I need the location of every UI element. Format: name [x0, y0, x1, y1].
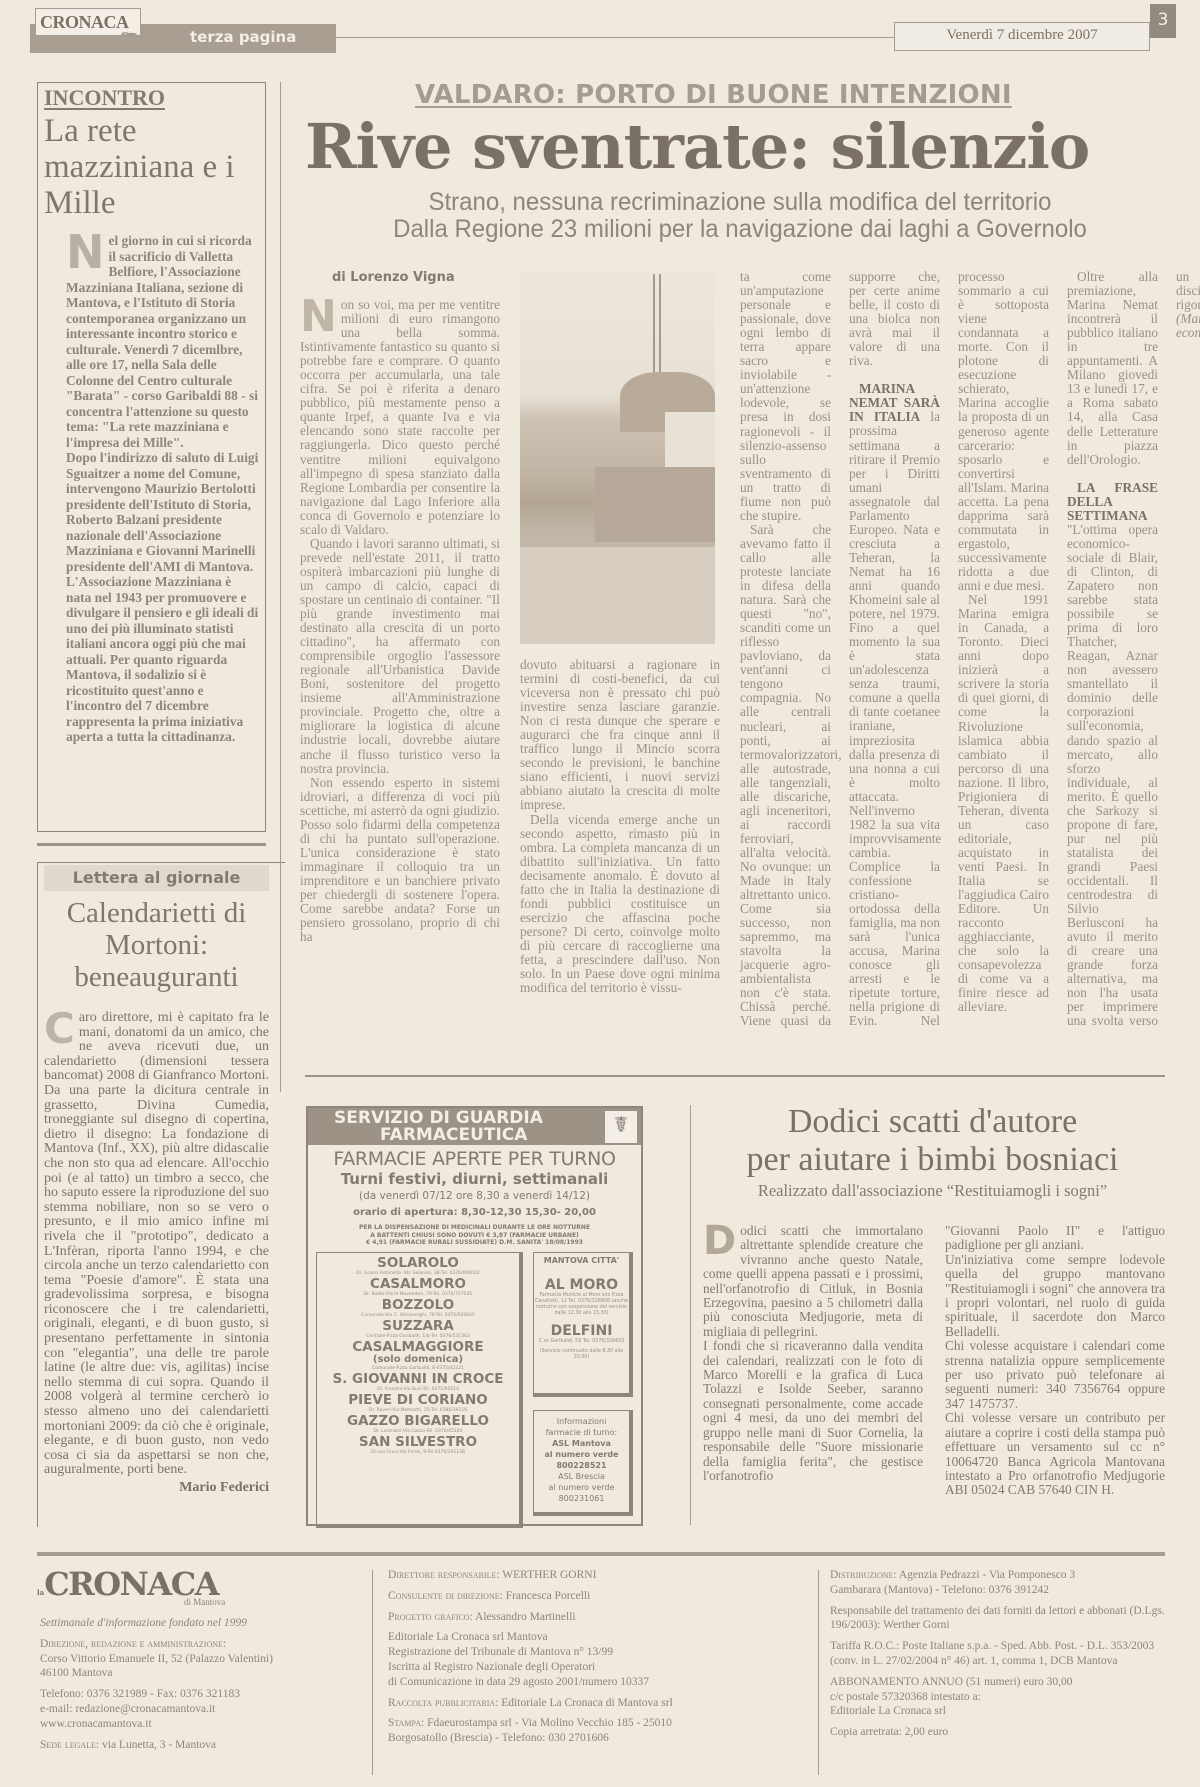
info-line: al numero verde [534, 1482, 629, 1493]
pharmacy-name: SAN SILVESTRO [317, 1435, 519, 1449]
pharmacy-city-name-2: DELFINI [534, 1323, 629, 1339]
footer-editoriale-line: di Comunicazione in data 29 agosto 2001/… [388, 1675, 718, 1690]
footer-direzione-addr-1: Corso Vittorio Emanuele II, 52 (Palazzo … [40, 1652, 360, 1667]
main-col3-p1: ta come un'amputazione personale e passi… [740, 270, 831, 523]
pharmacy-entry: SOLAROLODr. Grassi Antonella -Str. Solar… [317, 1256, 519, 1277]
column-rule-bottom [690, 1105, 691, 1525]
pharmacy-entry: CASALMAGGIORE(solo domenica)Comunale-P.z… [317, 1340, 519, 1372]
dodici-column-2: "Giovanni Paolo II" e l'attiguo padiglio… [945, 1224, 1165, 1498]
footer-email-link[interactable]: e-mail: redazione@cronacamantova.it [40, 1702, 360, 1717]
pharmacy-ad: SERVIZIO DI GUARDIA FARMACEUTICA ☤ FARMA… [306, 1106, 643, 1526]
nemat-p3: Oltre alla premiazione, Marina Nemat inc… [1067, 270, 1158, 467]
footer-distribuzione-value: Agenzia Pedrazzi - Via Pomponesco 3 [897, 1569, 1076, 1581]
pharmacy-city-box: MANTOVA CITTA' AL MORO Farmacia Munìcle … [533, 1252, 633, 1397]
pharmacy-name: CASALMORO [317, 1277, 519, 1291]
pharmacy-note: (solo domenica) [317, 1354, 519, 1365]
footer-consulente-label: Consulente di direzione: [388, 1590, 503, 1602]
footer-distribuzione-label: Distribuzione: [830, 1569, 897, 1581]
main-col1-p3: Non essendo esperto in sistemi idroviari… [300, 776, 500, 945]
pharmacy-notice: PER LA DISPENSAZIONE DI MEDICINALI DURAN… [308, 1224, 641, 1247]
dodici-subtitle: Realizzato dall'associazione “Restituiam… [695, 1181, 1170, 1201]
pharmacy-header: SERVIZIO DI GUARDIA FARMACEUTICA ☤ [308, 1108, 641, 1145]
main-col2-p1: dovuto abituarsi a ragionare in termini … [520, 658, 720, 813]
footer-column-1: Settimanale d'informazione fondato nel 1… [40, 1616, 360, 1758]
pharmacy-list: SOLAROLODr. Grassi Antonella -Str. Solar… [316, 1252, 523, 1528]
masthead-logo-text: CRONACA [40, 12, 129, 32]
footer-stampa: Stampa: Fdaeurostampa srl - Via Molino V… [388, 1716, 718, 1746]
incontro-dropcap: N [66, 233, 105, 272]
column-rule [280, 82, 281, 1092]
dodici-col1-p2: I fondi che si ricaveranno dalla vendita… [703, 1339, 923, 1483]
pharmacy-name: SUZZARA [317, 1319, 519, 1333]
footer-phone: Telefono: 0376 321989 - Fax: 0376 321183 [40, 1687, 360, 1702]
lettera-body: Caro direttore, mi è capitato fra le man… [44, 1011, 269, 1478]
footer-sede-label: Sede legale: [40, 1739, 99, 1751]
dodici-title-line-2: per aiutare i bimbi bosniaci [695, 1141, 1170, 1179]
lettera-tag: Lettera al giornale [44, 865, 269, 891]
footer-rule [37, 1552, 1165, 1556]
pharmacy-notice-1: PER LA DISPENSAZIONE DI MEDICINALI DURAN… [308, 1224, 641, 1232]
footer-logo-sub: di Mantova [184, 1597, 225, 1607]
footer-column-2: Direttore responsabile: WERTHER GORNI Co… [388, 1568, 718, 1752]
main-dropcap: N [300, 298, 337, 335]
pharmacy-city-address-2: C.so Garibaldi, 59 Tel. 0376/326603 [534, 1339, 629, 1345]
pharmacy-info-box: Informazioni farmacie di turno: ASL Mant… [533, 1410, 633, 1516]
footer-sede: Sede legale: via Lunetta, 3 - Mantova [40, 1738, 360, 1753]
footer-direttore-value: WERTHER GORNI [500, 1569, 597, 1581]
pharmacy-entry: GAZZO BIGARELLODr. Lorenzini-Via Gazzo-T… [317, 1414, 519, 1435]
pharmacy-notice-3: € 4,91 (FARMACIE RURALI SUSSIDIATE) D.M.… [308, 1239, 641, 1247]
masthead-rule [336, 37, 896, 38]
main-column-3: ta come un'amputazione personale e passi… [740, 270, 940, 1040]
footer-sede-value: via Lunetta, 3 - Mantova [99, 1739, 216, 1751]
main-col2-p2: Della vicenda emerge anche un secondo as… [520, 813, 720, 996]
footer-progetto-label: Progetto grafico: [388, 1611, 473, 1623]
masthead-logo: CRONACA di Mantova [35, 8, 141, 36]
footer-raccolta: Raccolta pubblicitaria: Editoriale La Cr… [388, 1696, 718, 1711]
footer-editoriale-line: Registrazione del Tribunale di Mantova n… [388, 1645, 718, 1660]
main-col1-p1: Non so voi, ma per me ventitre milioni d… [300, 298, 500, 537]
pharmacy-entry: BOZZOLOComunale-Via C. Volcarenghi, 78-T… [317, 1298, 519, 1319]
footer-consulente: Consulente di direzione: Francesca Porce… [388, 1589, 718, 1604]
footer-copia: Copia arretrata: 2,00 euro [830, 1725, 1165, 1740]
incontro-kicker: INCONTRO [44, 85, 259, 111]
incontro-body-2: Dopo l'indirizzo di saluto di Luigi Sgua… [66, 450, 259, 574]
footer-editoriale-line: Editoriale La Cronaca srl Mantova [388, 1630, 718, 1645]
main-col1-p2: Quando i lavori saranno ultimati, si pre… [300, 537, 500, 776]
footer-abbonamento-line: c/c postale 57320368 intestato a: [830, 1690, 1165, 1705]
pharmacy-entry: SUZZARACentrale-P.zza Garibaldi, 1/b-Tel… [317, 1319, 519, 1340]
footer-website-link[interactable]: www.cronacamantova.it [40, 1717, 360, 1732]
dodici-title: Dodici scatti d'autore per aiutare i bim… [695, 1103, 1170, 1179]
lettera-title: Calendarietti di Mortoni: beneauguranti [44, 897, 269, 993]
frase-source: (Mario Monti, economista) [1176, 311, 1200, 340]
footer-direttore: Direttore responsabile: WERTHER GORNI [388, 1568, 718, 1583]
pharmacy-period: (da venerdì 07/12 ore 8,30 a venerdì 14/… [308, 1190, 641, 1202]
info-phone-brescia: 800231061 [534, 1493, 629, 1504]
pharmacy-city-address-1: Farmacia Munìcle al Moro sno P.zza Caval… [534, 1293, 629, 1317]
dodici-col2-p3: Chi volesse acquistare i calendari come … [945, 1339, 1165, 1411]
pharmacy-city-name-1: AL MORO [534, 1277, 629, 1293]
main-column-1: Non so voi, ma per me ventitre milioni d… [300, 298, 500, 944]
info-line: ASL Mantova [552, 1439, 611, 1448]
footer-direzione: Direzione, redazione e amministrazione: … [40, 1637, 360, 1681]
main-kicker: VALDARO: PORTO DI BUONE INTENZIONI [415, 80, 1012, 110]
pharmacy-entry: S. GIOVANNI IN CROCEDr. Franzini-Via Bus… [317, 1372, 519, 1393]
pharmacy-name: PIEVE DI CORIANO [317, 1393, 519, 1407]
issue-date: Venerdì 7 dicembre 2007 [894, 22, 1150, 51]
pharmacy-city-header: MANTOVA CITTA' [534, 1256, 629, 1265]
pharmacy-header-line-2: FARMACEUTICA [308, 1127, 641, 1144]
pharmacy-city-note-2: (Servizio continuato dalle 8,30 alle 20,… [534, 1349, 629, 1361]
lettera-dropcap: C [44, 1011, 75, 1047]
article-photo-valdaro-port [520, 272, 715, 644]
main-column-2: dovuto abituarsi a ragionare in termini … [520, 658, 720, 995]
pharmacy-address: Dr.ssa Grusi-Via Fermi, 9-Tel.0376/39213… [317, 1449, 519, 1456]
caduceus-icon: ☤ [605, 1111, 637, 1143]
footer-distribuzione: Distribuzione: Agenzia Pedrazzi - Via Po… [830, 1568, 1165, 1598]
incontro-article: INCONTRO La rete mazziniana e i Mille Ne… [44, 85, 259, 745]
lettera-article: Calendarietti di Mortoni: beneauguranti … [44, 897, 269, 1496]
footer-editoriale: Editoriale La Cronaca srl Mantova Regist… [388, 1630, 718, 1689]
info-phone-mantova: 800228521 [556, 1461, 606, 1470]
pharmacy-name: SOLAROLO [317, 1256, 519, 1270]
footer-column-rule-2 [818, 1570, 819, 1775]
pharmacy-name: GAZZO BIGARELLO [317, 1414, 519, 1428]
incontro-body-3: L'Associazione Mazziniana è nata nel 194… [66, 574, 259, 745]
main-title: Rive sventrate: silenzio [305, 110, 1089, 183]
wall-shape [595, 467, 715, 542]
pharmacy-entry: PIEVE DI CORIANODr. Roveri-Via Matteotti… [317, 1393, 519, 1414]
pharmacy-name: BOZZOLO [317, 1298, 519, 1312]
lettera-body-text: aro direttore, mi è capitato fra le mani… [44, 1010, 269, 1477]
building-shape [665, 412, 715, 467]
pharmacy-entry: CASALMORODr. Baldo-Via IV Novembre, 79-T… [317, 1277, 519, 1298]
pharmacy-subtitle: Turni festivi, diurni, settimanali [308, 1170, 641, 1188]
footer-responsabile: Responsabile del trattamento dei dati fo… [830, 1604, 1165, 1634]
incontro-title: La rete mazziniana e i Mille [44, 113, 259, 221]
footer-stampa-value: Fdaeurostampa srl - Via Molino Vecchio 1… [424, 1717, 672, 1729]
footer-direzione-addr-2: 46100 Mantova [40, 1666, 360, 1681]
info-line: al numero verde [544, 1450, 618, 1459]
footer-raccolta-value: Editoriale La Cronaca di Mantova srl [498, 1697, 672, 1709]
section-name: terza pagina [190, 28, 296, 46]
footer-abbonamento-line: ABBONAMENTO ANNUO (51 numeri) euro 30,00 [830, 1675, 1165, 1690]
pharmacy-name: CASALMAGGIORE [317, 1340, 519, 1354]
byline: di Lorenzo Vigna [332, 270, 455, 285]
nemat-p2: Nel 1991 Marina emigra in Canada, a Toro… [958, 593, 1049, 1014]
ground-shape [520, 547, 715, 644]
pharmacy-title: FARMACIE APERTE PER TURNO [308, 1148, 641, 1170]
info-line: ASL Brescia [534, 1471, 629, 1482]
dodici-col1-p1: Dodici scatti che immortalano altrettant… [703, 1224, 923, 1339]
footer-progetto: Progetto grafico: Alessandro Martinelli [388, 1610, 718, 1625]
footer-stampa-value-2: Borgosatollo (Brescia) - Telefono: 030 2… [388, 1731, 718, 1746]
footer-abbonamento-line: Editoriale La Cronaca srl [830, 1704, 1165, 1719]
footer-raccolta-label: Raccolta pubblicitaria: [388, 1697, 498, 1709]
footer-contacts: Telefono: 0376 321989 - Fax: 0376 321183… [40, 1687, 360, 1731]
footer-consulente-value: Francesca Porcelli [503, 1590, 591, 1602]
footer-editoriale-line: Iscritta al Registro Nazionale degli Ope… [388, 1660, 718, 1675]
footer-column-rule [372, 1570, 373, 1775]
dodici-col2-p2: Un'iniziativa come sempre lodevole quell… [945, 1253, 1165, 1339]
info-line: farmacie di turno: [534, 1427, 629, 1438]
main-subtitle: Strano, nessuna recriminazione sulla mod… [318, 189, 1163, 243]
incontro-body: Nel giorno in cui si ricorda il sacrific… [66, 233, 259, 450]
article-bottom-rule [305, 1075, 1165, 1077]
footer-distribuzione-value-2: Gambarara (Mantova) - Telefono: 0376 391… [830, 1583, 1165, 1598]
main-subtitle-line-1: Strano, nessuna recriminazione sulla mod… [318, 189, 1163, 216]
info-line: Informazioni [534, 1416, 629, 1427]
footer-abbonamento: ABBONAMENTO ANNUO (51 numeri) euro 30,00… [830, 1675, 1165, 1719]
page-number: 3 [1150, 4, 1176, 38]
frase-lead: LA FRASE DELLA SETTIMANA [1067, 480, 1158, 523]
dodici-dropcap: D [703, 1224, 736, 1258]
footer-direttore-label: Direttore responsabile: [388, 1569, 500, 1581]
dodici-col2-p1: "Giovanni Paolo II" e l'attiguo padiglio… [945, 1224, 1165, 1253]
dodici-title-line-1: Dodici scatti d'autore [695, 1103, 1170, 1141]
footer-progetto-value: Alessandro Martinelli [473, 1611, 576, 1623]
column-separator [37, 843, 266, 846]
dodici-col2-p4: Chi volesse versare un contributo per ai… [945, 1411, 1165, 1497]
main-subtitle-line-2: Dalla Regione 23 milioni per la navigazi… [318, 216, 1163, 243]
dodici-column-1: Dodici scatti che immortalano altrettant… [703, 1224, 923, 1483]
pharmacy-name: S. GIOVANNI IN CROCE [317, 1372, 519, 1386]
pharmacy-notice-2: A BATTENTI CHIUSI SONO DOVUTI € 3,87 (FA… [308, 1232, 641, 1240]
footer-stampa-label: Stampa: [388, 1717, 424, 1729]
footer-tariffa: Tariffa R.O.C.: Poste Italiane s.p.a. - … [830, 1639, 1165, 1669]
pharmacy-hours: orario di apertura: 8,30-12,30 15,30- 20… [308, 1207, 641, 1218]
footer-column-3: Distribuzione: Agenzia Pedrazzi - Via Po… [830, 1568, 1165, 1746]
footer-tagline: Settimanale d'informazione fondato nel 1… [40, 1616, 360, 1631]
lettera-signature: Mario Federici [44, 1480, 269, 1496]
footer-direzione-label: Direzione, redazione e amministrazione: [40, 1637, 360, 1652]
pharmacy-entry: SAN SILVESTRODr.ssa Grusi-Via Fermi, 9-T… [317, 1435, 519, 1456]
